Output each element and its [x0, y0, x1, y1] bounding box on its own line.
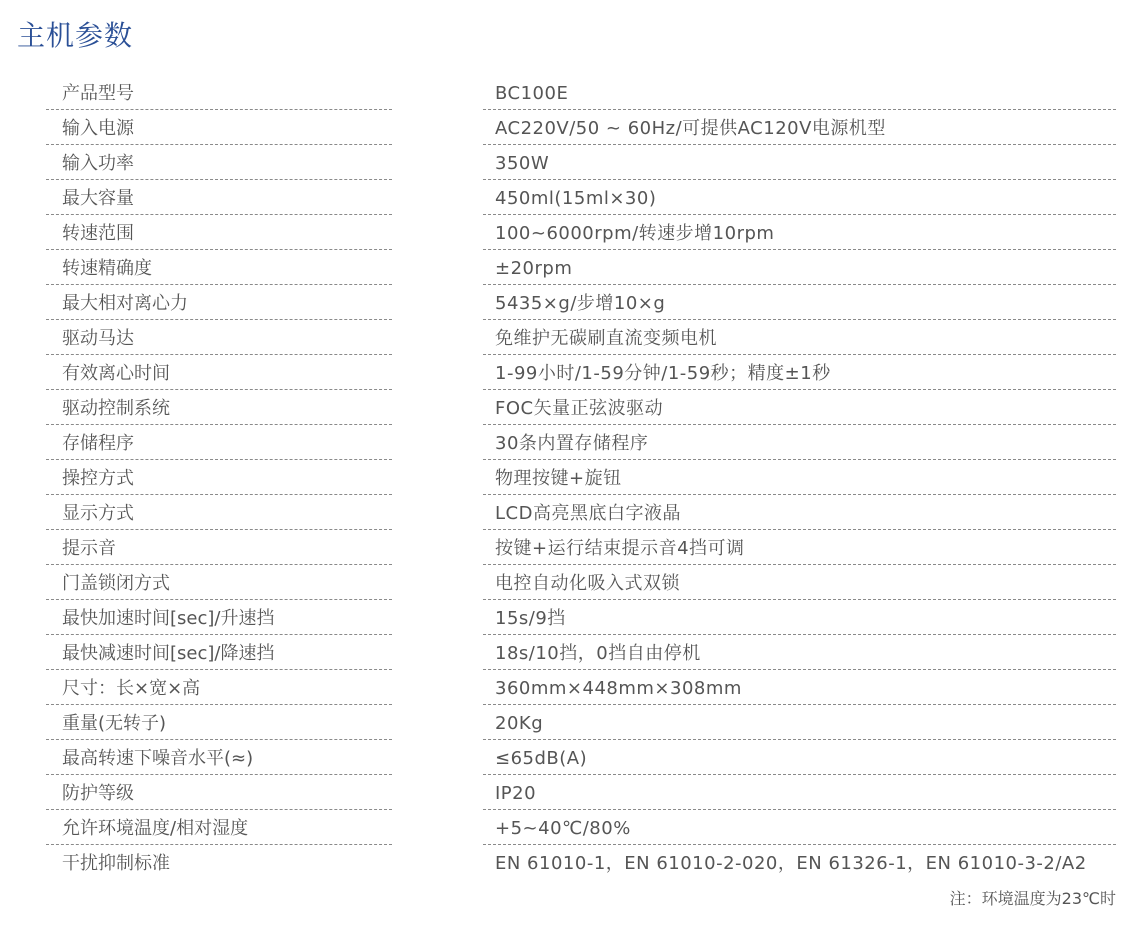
table-row: 最快减速时间[sec]/降速挡18s/10挡，0挡自由停机	[46, 636, 1116, 671]
table-row: 操控方式物理按键+旋钮	[46, 461, 1116, 496]
table-row: 提示音按键+运行结束提示音4挡可调	[46, 531, 1116, 566]
table-row: 允许环境温度/相对湿度+5~40℃/80%	[46, 811, 1116, 846]
spec-label: 输入电源	[46, 111, 392, 145]
page-title: 主机参数	[17, 14, 133, 54]
spec-label: 最快减速时间[sec]/降速挡	[46, 636, 392, 670]
spec-label: 允许环境温度/相对湿度	[46, 811, 392, 845]
spec-label: 防护等级	[46, 776, 392, 810]
spec-value: 物理按键+旋钮	[483, 461, 1116, 495]
spec-label: 显示方式	[46, 496, 392, 530]
table-row: 重量(无转子)20Kg	[46, 706, 1116, 741]
table-row: 存储程序30条内置存储程序	[46, 426, 1116, 461]
spec-value: 350W	[483, 146, 1116, 180]
table-row: 驱动控制系统FOC矢量正弦波驱动	[46, 391, 1116, 426]
spec-value: AC220V/50 ~ 60Hz/可提供AC120V电源机型	[483, 111, 1116, 145]
spec-value: FOC矢量正弦波驱动	[483, 391, 1116, 425]
table-row: 最快加速时间[sec]/升速挡15s/9挡	[46, 601, 1116, 636]
spec-label: 转速精确度	[46, 251, 392, 285]
table-row: 防护等级IP20	[46, 776, 1116, 811]
spec-label: 提示音	[46, 531, 392, 565]
table-row: 转速精确度±20rpm	[46, 251, 1116, 286]
spec-value: IP20	[483, 776, 1116, 810]
spec-label: 最大相对离心力	[46, 286, 392, 320]
spec-value: 免维护无碳刷直流变频电机	[483, 321, 1116, 355]
spec-label: 最高转速下噪音水平(≈)	[46, 741, 392, 775]
spec-value: 5435×g/步增10×g	[483, 286, 1116, 320]
spec-value: 1-99小时/1-59分钟/1-59秒；精度±1秒	[483, 356, 1116, 390]
spec-value: 360mm×448mm×308mm	[483, 671, 1116, 705]
spec-label: 重量(无转子)	[46, 706, 392, 740]
spec-value: 18s/10挡，0挡自由停机	[483, 636, 1116, 670]
spec-value: 450ml(15ml×30)	[483, 181, 1116, 215]
spec-value: LCD高亮黑底白字液晶	[483, 496, 1116, 530]
table-row: 产品型号BC100E	[46, 76, 1116, 111]
spec-value: ≤65dB(A)	[483, 741, 1116, 775]
spec-value: BC100E	[483, 76, 1116, 110]
spec-label: 输入功率	[46, 146, 392, 180]
table-row: 门盖锁闭方式电控自动化吸入式双锁	[46, 566, 1116, 601]
table-row: 输入电源AC220V/50 ~ 60Hz/可提供AC120V电源机型	[46, 111, 1116, 146]
spec-value: 按键+运行结束提示音4挡可调	[483, 531, 1116, 565]
spec-value: ±20rpm	[483, 251, 1116, 285]
footnote: 注：环境温度为23℃时	[950, 886, 1116, 909]
spec-label: 干扰抑制标准	[46, 846, 392, 880]
spec-value: 20Kg	[483, 706, 1116, 740]
spec-value: 电控自动化吸入式双锁	[483, 566, 1116, 600]
table-row: 转速范围100~6000rpm/转速步增10rpm	[46, 216, 1116, 251]
spec-value: +5~40℃/80%	[483, 811, 1116, 845]
table-row: 最大相对离心力5435×g/步增10×g	[46, 286, 1116, 321]
spec-label: 驱动控制系统	[46, 391, 392, 425]
spec-value: 15s/9挡	[483, 601, 1116, 635]
spec-label: 最大容量	[46, 181, 392, 215]
table-row: 干扰抑制标准EN 61010-1，EN 61010-2-020，EN 61326…	[46, 846, 1116, 881]
table-row: 最大容量450ml(15ml×30)	[46, 181, 1116, 216]
spec-label: 产品型号	[46, 76, 392, 110]
spec-label: 尺寸：长×宽×高	[46, 671, 392, 705]
spec-table: 产品型号BC100E输入电源AC220V/50 ~ 60Hz/可提供AC120V…	[46, 76, 1116, 881]
table-row: 驱动马达免维护无碳刷直流变频电机	[46, 321, 1116, 356]
spec-label: 操控方式	[46, 461, 392, 495]
spec-label: 转速范围	[46, 216, 392, 250]
spec-value: EN 61010-1，EN 61010-2-020，EN 61326-1，EN …	[483, 846, 1116, 880]
spec-value: 30条内置存储程序	[483, 426, 1116, 460]
table-row: 最高转速下噪音水平(≈)≤65dB(A)	[46, 741, 1116, 776]
table-row: 尺寸：长×宽×高360mm×448mm×308mm	[46, 671, 1116, 706]
spec-label: 门盖锁闭方式	[46, 566, 392, 600]
table-row: 输入功率350W	[46, 146, 1116, 181]
table-row: 有效离心时间1-99小时/1-59分钟/1-59秒；精度±1秒	[46, 356, 1116, 391]
spec-value: 100~6000rpm/转速步增10rpm	[483, 216, 1116, 250]
spec-label: 有效离心时间	[46, 356, 392, 390]
spec-label: 最快加速时间[sec]/升速挡	[46, 601, 392, 635]
spec-label: 驱动马达	[46, 321, 392, 355]
spec-label: 存储程序	[46, 426, 392, 460]
table-row: 显示方式LCD高亮黑底白字液晶	[46, 496, 1116, 531]
